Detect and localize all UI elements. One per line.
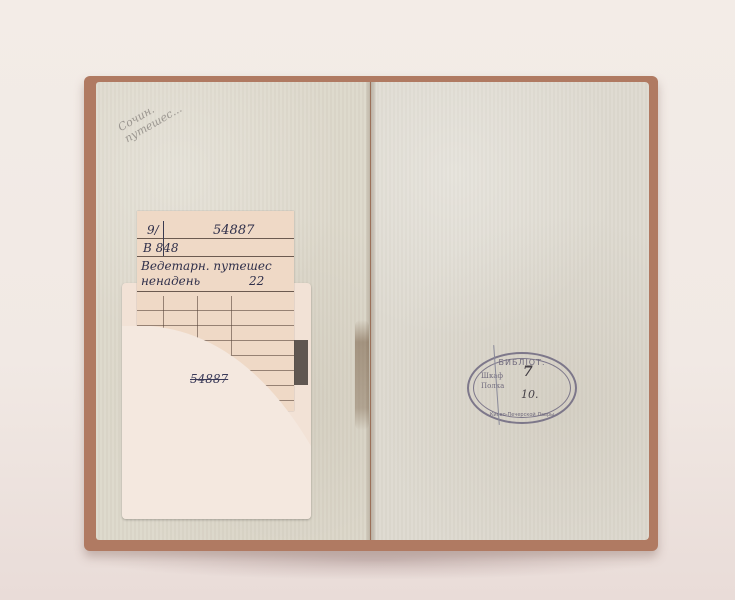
pocket-number: 54887 — [190, 372, 228, 386]
book-gutter — [366, 82, 376, 540]
stamp-line2: Полка — [481, 382, 504, 390]
card-rule — [137, 256, 294, 257]
shelf-mark-bottom: В 848 — [143, 241, 179, 255]
shelf-mark-top: 9/ — [147, 223, 159, 237]
card-divider — [163, 221, 164, 256]
card-title-line2: ненадень — [141, 274, 200, 288]
library-stamp: БИБЛІОТ. Шкаф Полка 7 10. Киево-Печерско… — [467, 352, 577, 424]
pocket-edge-shadow — [294, 340, 308, 385]
card-title-line1: Ведетарн. путешес — [141, 259, 272, 273]
stamp-handwritten-top: 7 — [523, 364, 533, 380]
card-rule — [137, 238, 294, 239]
stamp-footer: Киево-Печерской Лавры — [469, 412, 575, 418]
card-year: 22 — [249, 274, 264, 288]
right-endpaper — [371, 82, 649, 540]
stamp-header: БИБЛІОТ. — [469, 358, 575, 367]
stamp-handwritten-bottom: 10. — [521, 388, 539, 401]
stamp-line1: Шкаф — [481, 372, 503, 380]
inventory-number: 54887 — [213, 223, 254, 238]
gutter-stain — [355, 320, 369, 430]
card-rule — [137, 291, 294, 292]
